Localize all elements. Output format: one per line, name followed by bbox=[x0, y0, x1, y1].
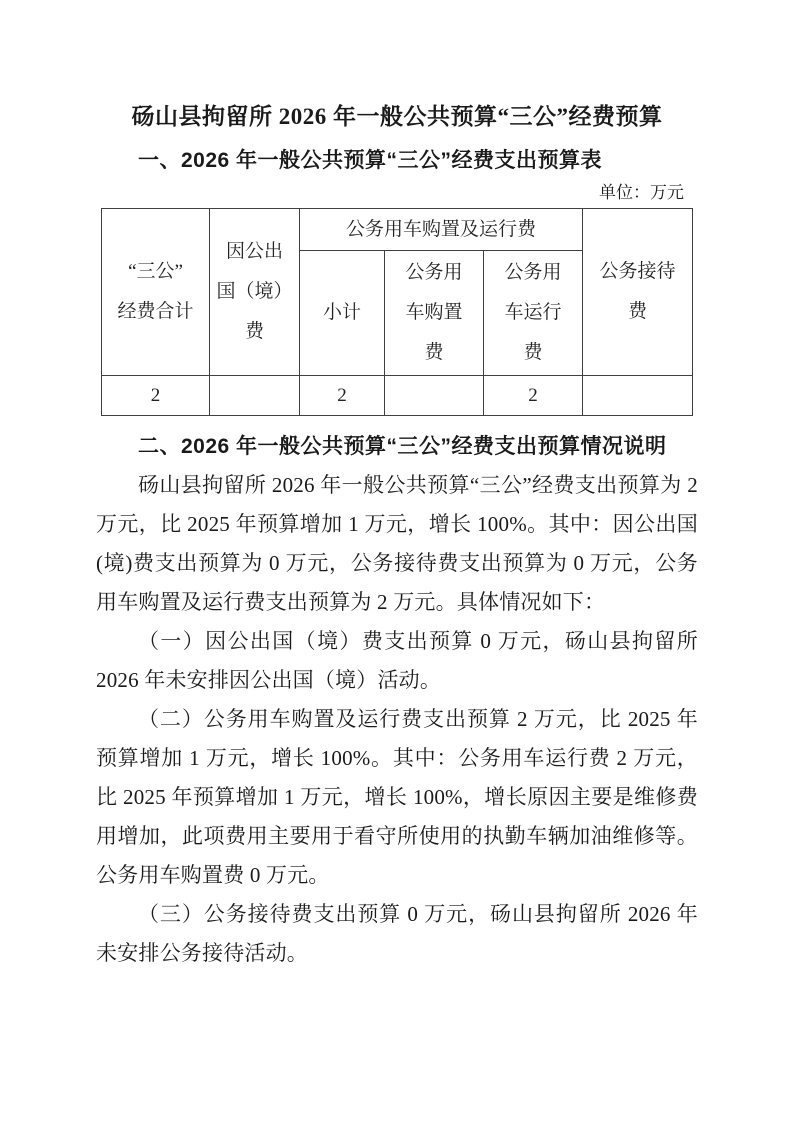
explanation-body: 砀山县拘留所 2026 年一般公共预算“三公”经费支出预算为 2 万元，比 20… bbox=[96, 466, 698, 973]
value-reception bbox=[583, 376, 693, 416]
paragraph-reception: （三）公务接待费支出预算 0 万元，砀山县拘留所 2026 年未安排公务接待活动… bbox=[96, 895, 698, 973]
value-subtotal: 2 bbox=[300, 376, 385, 416]
header-cell-subtotal: 小计 bbox=[300, 251, 385, 376]
paragraph-overview: 砀山县拘留所 2026 年一般公共预算“三公”经费支出预算为 2 万元，比 20… bbox=[96, 466, 698, 622]
paragraph-abroad: （一）因公出国（境）费支出预算 0 万元，砀山县拘留所 2026 年未安排因公出… bbox=[96, 622, 698, 700]
section-1-heading: 一、2026 年一般公共预算“三公”经费支出预算表 bbox=[96, 146, 698, 176]
header-cell-reception: 公务接待 费 bbox=[583, 209, 693, 376]
paragraph-vehicle: （二）公务用车购置及运行费支出预算 2 万元，比 2025 年预算增加 1 万元… bbox=[96, 700, 698, 895]
header-cell-vehicle-purchase: 公务用 车购置 费 bbox=[385, 251, 484, 376]
table-row: 2 2 2 bbox=[102, 376, 693, 416]
doc-title: 砀山县拘留所 2026 年一般公共预算“三公”经费预算 bbox=[96, 100, 698, 134]
budget-table: “三公” 经费合计 因公出 国（境） 费 公务用车购置及运行费 公务接待 费 小… bbox=[101, 208, 693, 416]
header-cell-vehicle-group: 公务用车购置及运行费 bbox=[300, 209, 583, 251]
header-cell-abroad: 因公出 国（境） 费 bbox=[210, 209, 300, 376]
document-page: 砀山县拘留所 2026 年一般公共预算“三公”经费预算 一、2026 年一般公共… bbox=[0, 0, 793, 1122]
unit-note: 单位：万元 bbox=[96, 182, 698, 204]
value-vehicle-purchase bbox=[385, 376, 484, 416]
value-vehicle-operation: 2 bbox=[484, 376, 583, 416]
value-sangong-total: 2 bbox=[102, 376, 210, 416]
header-cell-vehicle-operation: 公务用 车运行 费 bbox=[484, 251, 583, 376]
header-cell-sangong-total: “三公” 经费合计 bbox=[102, 209, 210, 376]
section-2-heading: 二、2026 年一般公共预算“三公”经费支出预算情况说明 bbox=[96, 432, 698, 462]
value-abroad bbox=[210, 376, 300, 416]
